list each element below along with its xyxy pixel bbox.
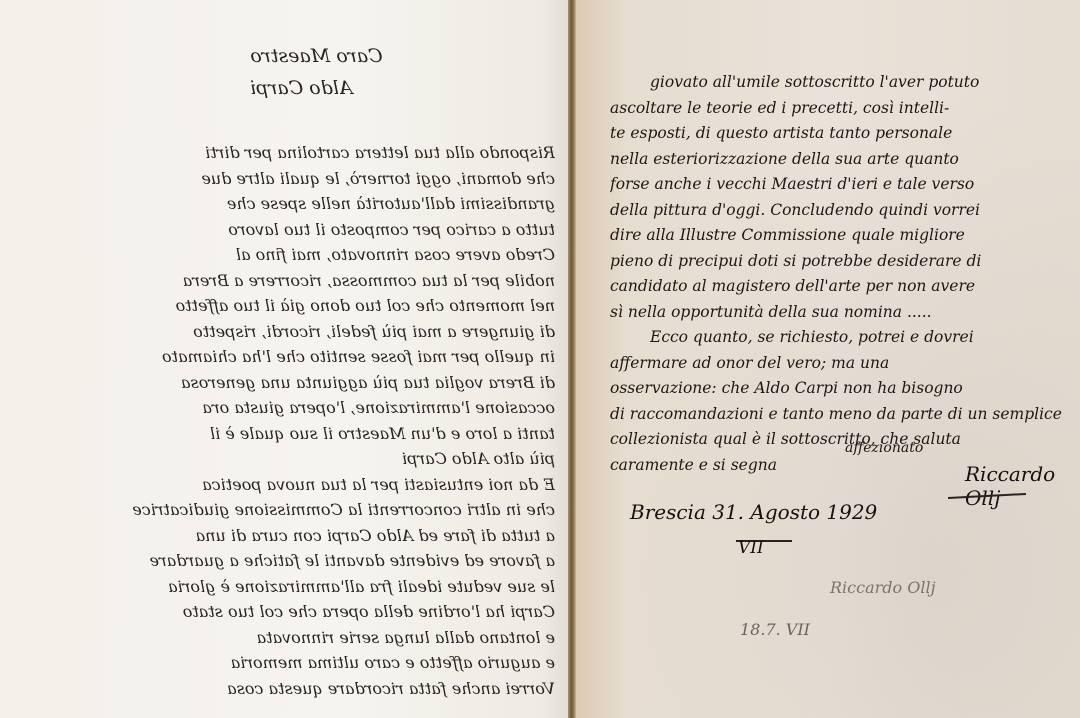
mirrored-line: tutto a carico per composto il tuo lavor…	[10, 217, 555, 243]
mirrored-line: e augurio affetto e caro ultima memoria	[10, 650, 555, 676]
mirrored-bleedthrough-text: Caro Maestro Aldo Carpi Rispondo alla tu…	[0, 0, 570, 718]
mirrored-line: grandissimi dall'autorità nelle spese ch…	[10, 191, 555, 217]
mirrored-line: che in altri concorrenti la Commissione …	[10, 497, 555, 523]
letter-line: forse anche i vecchi Maestri d'ieri e ta…	[610, 172, 1080, 198]
faint-bleedthrough-signature: Riccardo Ollj	[830, 578, 936, 597]
letter-line: affermare ad onor del vero; ma una	[610, 351, 1080, 377]
letter-line: della pittura d'oggi. Concludendo quindi…	[610, 198, 1080, 224]
mirrored-line: più alto Aldo Carpi	[10, 446, 555, 472]
letter-line: sì nella opportunità della sua nomina ..…	[610, 300, 1080, 326]
mirrored-line: le sue vedute ideali fra all'ammirazione…	[10, 574, 555, 600]
mirrored-line: di Brera voglia tua più aggiunta una gen…	[10, 370, 555, 396]
mirrored-body: Rispondo alla tua lettera cartolina per …	[10, 140, 555, 701]
mirrored-line: che domani, oggi tornerò, le quali altre…	[10, 166, 555, 192]
letter-body: giovato all'umile sottoscritto l'aver po…	[610, 70, 1080, 478]
mirrored-greeting: Caro Maestro Aldo Carpi	[250, 40, 383, 104]
mirrored-greeting-line: Caro Maestro	[250, 40, 383, 72]
fascist-era-year: VII	[738, 538, 764, 558]
mirrored-line: e lontano dalla lunga serie rinnovata	[10, 625, 555, 651]
letter-line: candidato al magistero dell'arte per non…	[610, 274, 1080, 300]
letter-line: di raccomandazioni e tanto meno da parte…	[610, 402, 1080, 428]
mirrored-line: di giungere a mai più fedeli, ricordi, r…	[10, 319, 555, 345]
mirrored-line: Credo avere cosa rinnovato, mai fino al	[10, 242, 555, 268]
mirrored-line: a favore ed evidente davanti le fatiche …	[10, 548, 555, 574]
letter-line: Ecco quanto, se richiesto, potrei e dovr…	[610, 325, 1080, 351]
book-spine	[568, 0, 576, 718]
mirrored-line: occasione l'ammirazione, l'opera giusta …	[10, 395, 555, 421]
letter-line: osservazione: che Aldo Carpi non ha biso…	[610, 376, 1080, 402]
letter-line: ascoltare le teorie ed i precetti, così …	[610, 96, 1080, 122]
mirrored-line: nel momento che col tuo dono già il tuo …	[10, 293, 555, 319]
mirrored-line: E da noi entusiasti per la tua nuova poe…	[10, 472, 555, 498]
signature: Riccardo Ollj	[965, 462, 1080, 510]
mirrored-line: in quello per mai fosse sentito che l'ha…	[10, 344, 555, 370]
mirrored-line: nobile per la tua commossa, ricorrere a …	[10, 268, 555, 294]
letter-line: pieno di precipui doti si potrebbe desid…	[610, 249, 1080, 275]
mirrored-greeting-line: Aldo Carpi	[250, 72, 383, 104]
letter-line: te esposti, di questo artista tanto pers…	[610, 121, 1080, 147]
letter-closing: affezionato	[845, 440, 923, 456]
mirrored-line: Carpi ha l'ordine della opera che col tu…	[10, 599, 555, 625]
letter-line: giovato all'umile sottoscritto l'aver po…	[610, 70, 1080, 96]
left-page: Caro Maestro Aldo Carpi Rispondo alla tu…	[0, 0, 570, 718]
faint-bleedthrough-date: 18.7. VII	[740, 620, 810, 639]
mirrored-line: tanti a loro e d'un Maestro il suo quale…	[10, 421, 555, 447]
mirrored-line: Rispondo alla tua lettera cartolina per …	[10, 140, 555, 166]
letter-line: nella esteriorizzazione della sua arte q…	[610, 147, 1080, 173]
place-date: Brescia 31. Agosto 1929	[630, 500, 877, 524]
mirrored-line: Vorrei anche fatta ricordare questa cosa	[10, 676, 555, 702]
letter-line: dire alla Illustre Commissione quale mig…	[610, 223, 1080, 249]
mirrored-line: a tutta di fare ed Aldo Carpi con cura d…	[10, 523, 555, 549]
